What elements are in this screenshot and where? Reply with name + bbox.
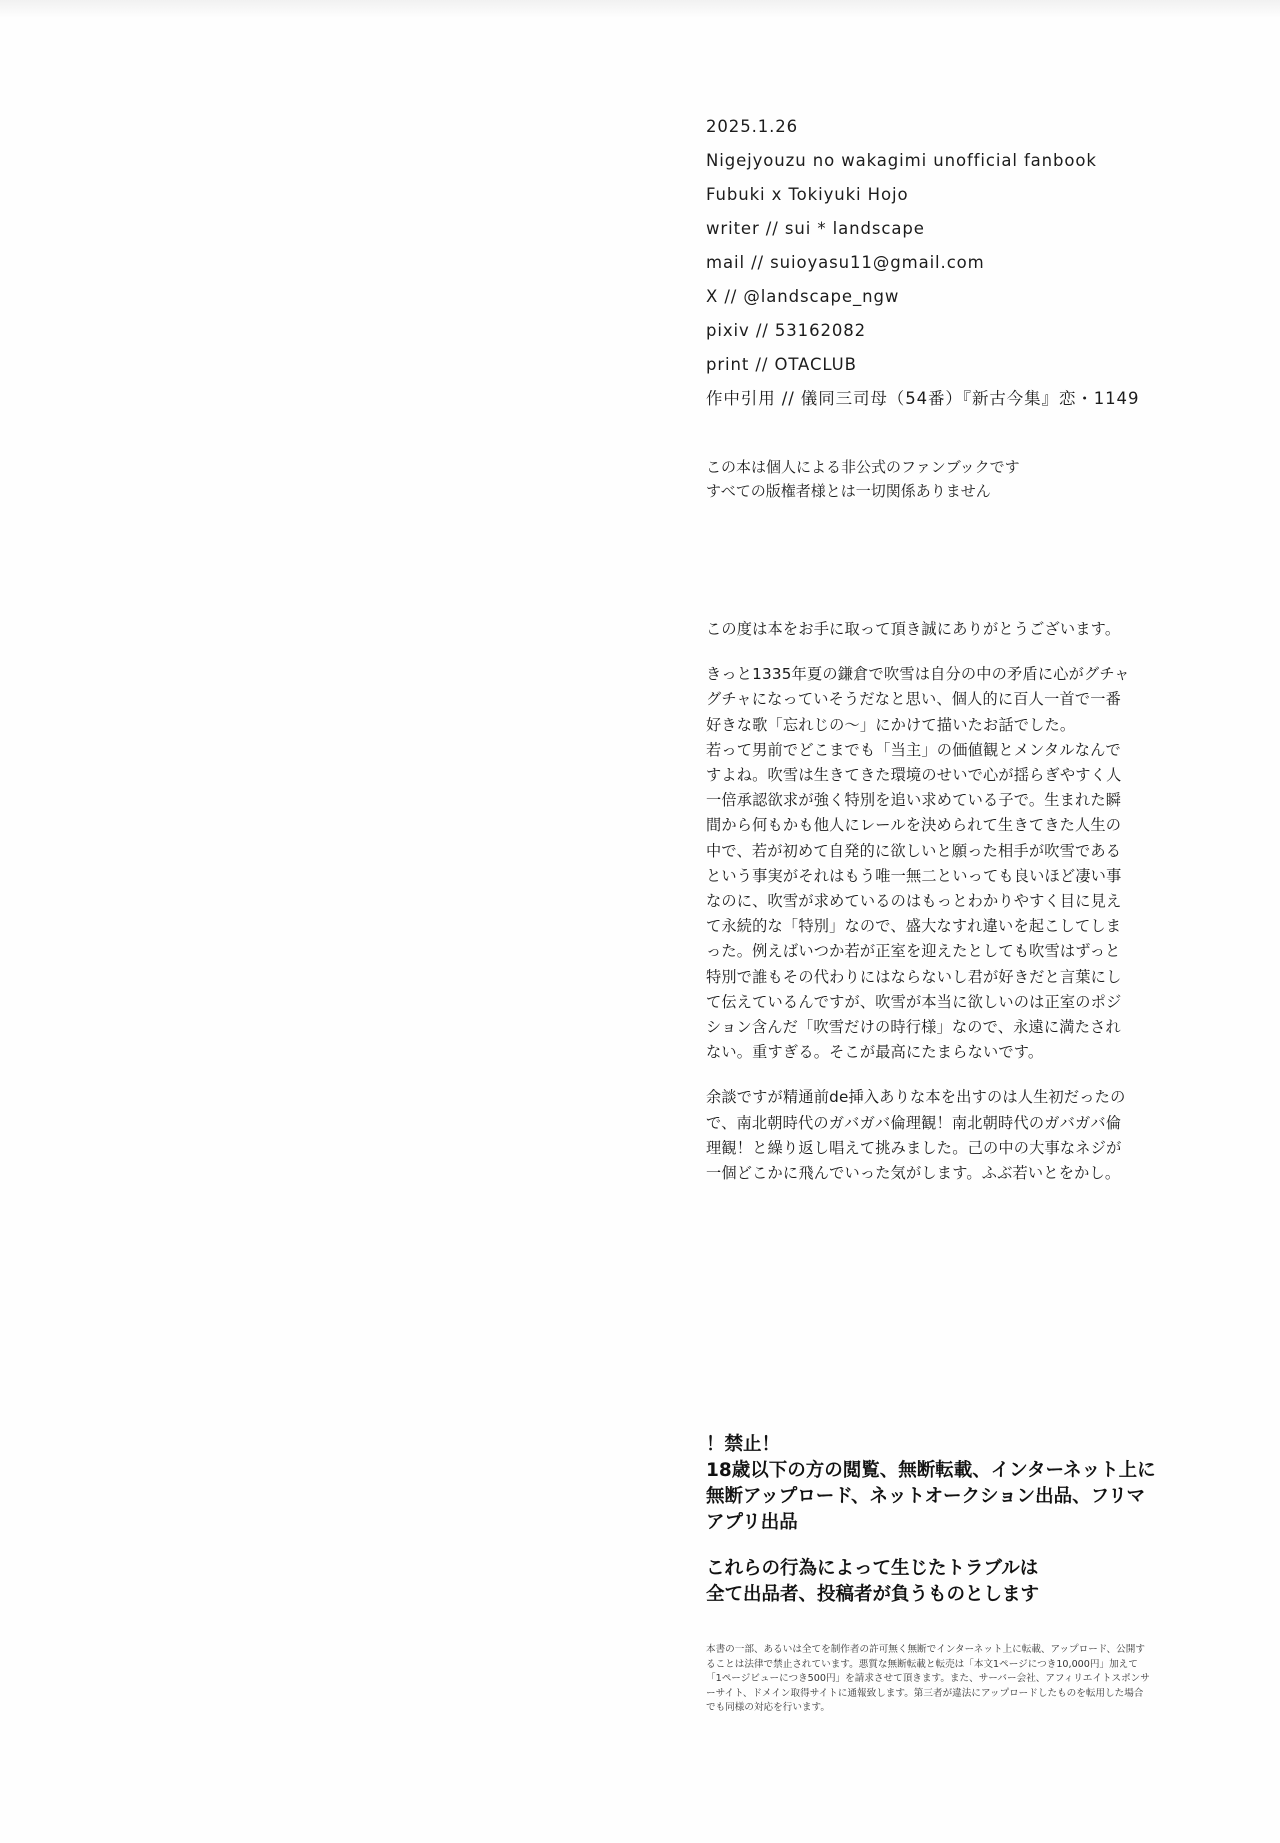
legal-line: でも同様の対応を行います。	[706, 1701, 1176, 1716]
text-line: 若って男前でどこまでも「当主」の価値観とメンタルなんで	[706, 738, 1176, 763]
text-line: 特別で誰もその代わりにはならないし君が好きだと言葉にし	[706, 965, 1176, 990]
colophon: 2025.1.26 Nigejyouzu no wakagimi unoffic…	[706, 110, 1176, 416]
text-line: 一倍承認欲求が強く特別を追い求めている子で。生まれた瞬	[706, 788, 1176, 813]
book-title: Nigejyouzu no wakagimi unofficial fanboo…	[706, 144, 1176, 178]
x-account: X // @landscape_ngw	[706, 280, 1176, 314]
text-line: グチャになっていそうだなと思い、個人的に百人一首で一番	[706, 687, 1176, 712]
legal-line: 「1ページビューにつき500円」を請求させて頂きます。また、サーバー会社、アフィ…	[706, 1672, 1176, 1687]
text-line: て永続的な「特別」なので、盛大なすれ違いを起こしてしま	[706, 914, 1176, 939]
liability-line: 全て出品者、投稿者が負うものとします	[706, 1582, 1176, 1608]
text-line: すよね。吹雪は生きてきた環境のせいで心が揺らぎやすく人	[706, 763, 1176, 788]
prohibition-heading: ！禁止！	[706, 1432, 1176, 1458]
publish-date: 2025.1.26	[706, 110, 1176, 144]
prohibition-line: アプリ出品	[706, 1510, 1176, 1536]
spacer	[706, 1536, 1176, 1556]
disclaimer-line: すべての版権者様とは一切関係ありません	[706, 479, 1176, 503]
text-line: 間から何もかも他人にレールを決められて生きてきた人生の	[706, 813, 1176, 838]
afterword-paragraph: 余談ですが精通前de挿入ありな本を出すのは人生初だったの で、南北朝時代のガバガ…	[706, 1085, 1176, 1186]
afterword: この度は本をお手に取って頂き誠にありがとうございます。 きっと1335年夏の鎌倉…	[706, 617, 1176, 1206]
legal-line: 本書の一部、あるいは全てを制作者の許可無く無断でインターネット上に転載、アップロ…	[706, 1643, 1176, 1658]
printer: print // OTACLUB	[706, 348, 1176, 382]
text-line: 一個どこかに飛んでいった気がします。ふぶ若いとをかし。	[706, 1161, 1176, 1186]
text-line: で、南北朝時代のガバガバ倫理観！南北朝時代のガバガバ倫	[706, 1111, 1176, 1136]
text-line: きっと1335年夏の鎌倉で吹雪は自分の中の矛盾に心がグチャ	[706, 662, 1176, 687]
text-line: ション含んだ「吹雪だけの時行様」なので、永遠に満たされ	[706, 1015, 1176, 1040]
pairing: Fubuki x Tokiyuki Hojo	[706, 178, 1176, 212]
mail: mail // suioyasu11@gmail.com	[706, 246, 1176, 280]
pixiv-id: pixiv // 53162082	[706, 314, 1176, 348]
text-line: ない。重すぎる。そこが最高にたまらないです。	[706, 1040, 1176, 1065]
text-line: 好きな歌「忘れじの〜」にかけて描いたお話でした。	[706, 713, 1176, 738]
text-line: 余談ですが精通前de挿入ありな本を出すのは人生初だったの	[706, 1085, 1176, 1110]
disclaimer: この本は個人による非公式のファンブックです すべての版権者様とは一切関係ありませ…	[706, 455, 1176, 503]
text-line: った。例えばいつか若が正室を迎えたとしても吹雪はずっと	[706, 939, 1176, 964]
prohibition-notice: ！禁止！ 18歳以下の方の閲覧、無断転載、インターネット上に 無断アップロード、…	[706, 1432, 1176, 1608]
legal-notice: 本書の一部、あるいは全てを制作者の許可無く無断でインターネット上に転載、アップロ…	[706, 1643, 1176, 1716]
afterword-paragraph: この度は本をお手に取って頂き誠にありがとうございます。	[706, 617, 1176, 642]
disclaimer-line: この本は個人による非公式のファンブックです	[706, 455, 1176, 479]
text-line: て伝えているんですが、吹雪が本当に欲しいのは正室のポジ	[706, 990, 1176, 1015]
text-line: なのに、吹雪が求めているのはもっとわかりやすく目に見え	[706, 889, 1176, 914]
liability-line: これらの行為によって生じたトラブルは	[706, 1556, 1176, 1582]
text-line: という事実がそれはもう唯一無二といっても良いほど凄い事	[706, 864, 1176, 889]
writer: writer // sui * landscape	[706, 212, 1176, 246]
text-line: 理観！と繰り返し唱えて挑みました。己の中の大事なネジが	[706, 1136, 1176, 1161]
text-line: 中で、若が初めて自発的に欲しいと願った相手が吹雪である	[706, 839, 1176, 864]
text-line: この度は本をお手に取って頂き誠にありがとうございます。	[706, 617, 1176, 642]
afterword-paragraph: きっと1335年夏の鎌倉で吹雪は自分の中の矛盾に心がグチャ グチャになっていそう…	[706, 662, 1176, 1065]
legal-line: ることは法律で禁止されています。悪質な無断転載と転売は「本文1ページにつき10,…	[706, 1658, 1176, 1673]
quotation-source: 作中引用 // 儀同三司母（54番）『新古今集』恋・1149	[706, 382, 1176, 416]
prohibition-line: 18歳以下の方の閲覧、無断転載、インターネット上に	[706, 1458, 1176, 1484]
scan-edge-shadow	[0, 0, 1280, 18]
prohibition-line: 無断アップロード、ネットオークション出品、フリマ	[706, 1484, 1176, 1510]
legal-line: ーサイト、ドメイン取得サイトに通報致します。第三者が違法にアップロードしたものを…	[706, 1687, 1176, 1702]
